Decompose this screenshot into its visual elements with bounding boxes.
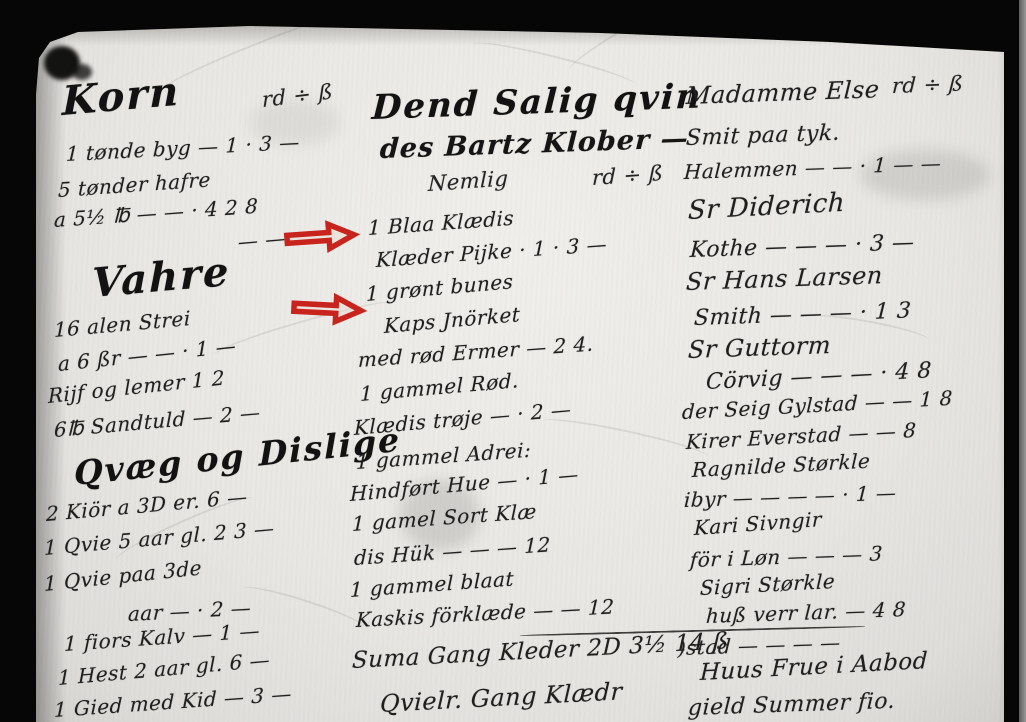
red-arrow-annotation-1 [280,217,362,256]
creditor-line: för i Løn — — — 3 [689,541,883,572]
entry-line: Kaskis förklæde — — 12 [356,594,615,632]
section-header-line2: des Bartz Klober — [379,123,689,165]
entry-line: 5 tønder hafre [58,167,211,202]
creditor-name: Sr Diderich [687,188,845,226]
red-arrow-annotation-2 [283,290,373,329]
creditor-line: huß verr lar. — 4 8 [705,597,906,628]
entry-line: Kaps Jnörket [384,302,520,338]
red-arrow-shape [293,295,361,322]
creditor-name: Kari Sivngir [694,507,822,540]
creditor-name: Madamme Else [685,75,880,110]
entry-line-arrowed-2: 1 grønt bunes [366,269,513,306]
currency-header: rd ÷ ß [592,161,664,190]
namely-label: Nemlig [428,166,509,196]
section-header-grain: Korn [62,68,180,126]
creditor-line: Kirer Everstad — — 8 [686,418,917,454]
adjacent-page-edge [1019,0,1026,722]
creditor-name: Ragnilde Størkle [692,449,871,482]
creditor-name: Sr Guttorm [687,331,832,364]
entry-line-arrowed-1: 1 Blaa Klædis [368,206,515,240]
entry-line: Qvielr. Gang Klædr [380,677,623,718]
stray-dash: — — [238,226,286,254]
scanned-document-photo: Korn rd ÷ ß 1 tønde byg — 1 · 3 — 5 tønd… [0,0,1026,722]
page-top-shadow [36,24,1006,46]
currency-header: rd ÷ ß [891,71,964,98]
section-header-goods: Vahre [92,248,230,307]
entry-line: 1 Qvie paa 3de [44,555,202,596]
creditor-line: Kothe — — — · 3 — [689,230,915,263]
entry-line: 1 gammel blaat [350,566,514,602]
manuscript-page: Korn rd ÷ ß 1 tønde byg — 1 · 3 — 5 tønd… [0,0,1026,722]
entry-line: 1 Gied med Kid — 3 — [54,681,292,722]
creditor-line: Smit paa tyk. [685,121,840,151]
entry-line: med rød Ermer — 2 4. [358,331,594,372]
creditor-line: gield Summer fio. [687,689,895,721]
creditor-name: Sr Hans Larsen [685,261,883,296]
entry-line: 6℔ Sandtuld — 2 — [54,400,260,442]
red-arrow-shape [286,223,355,252]
entry-line: 1 gammel Rød. [360,368,519,406]
entry-line: Klæder Pijke · 1 · 3 — [376,232,608,272]
entry-line: 1 tønde byg — 1 · 3 — [66,130,301,166]
entry-line: 16 alen Strei [54,306,191,342]
creditor-name: Sigri Størkle [700,569,836,600]
creditor-line: ibyr — — — — · 1 — [683,481,897,512]
section-header-deceased-clothes: Dend Salig qvin [371,76,704,128]
